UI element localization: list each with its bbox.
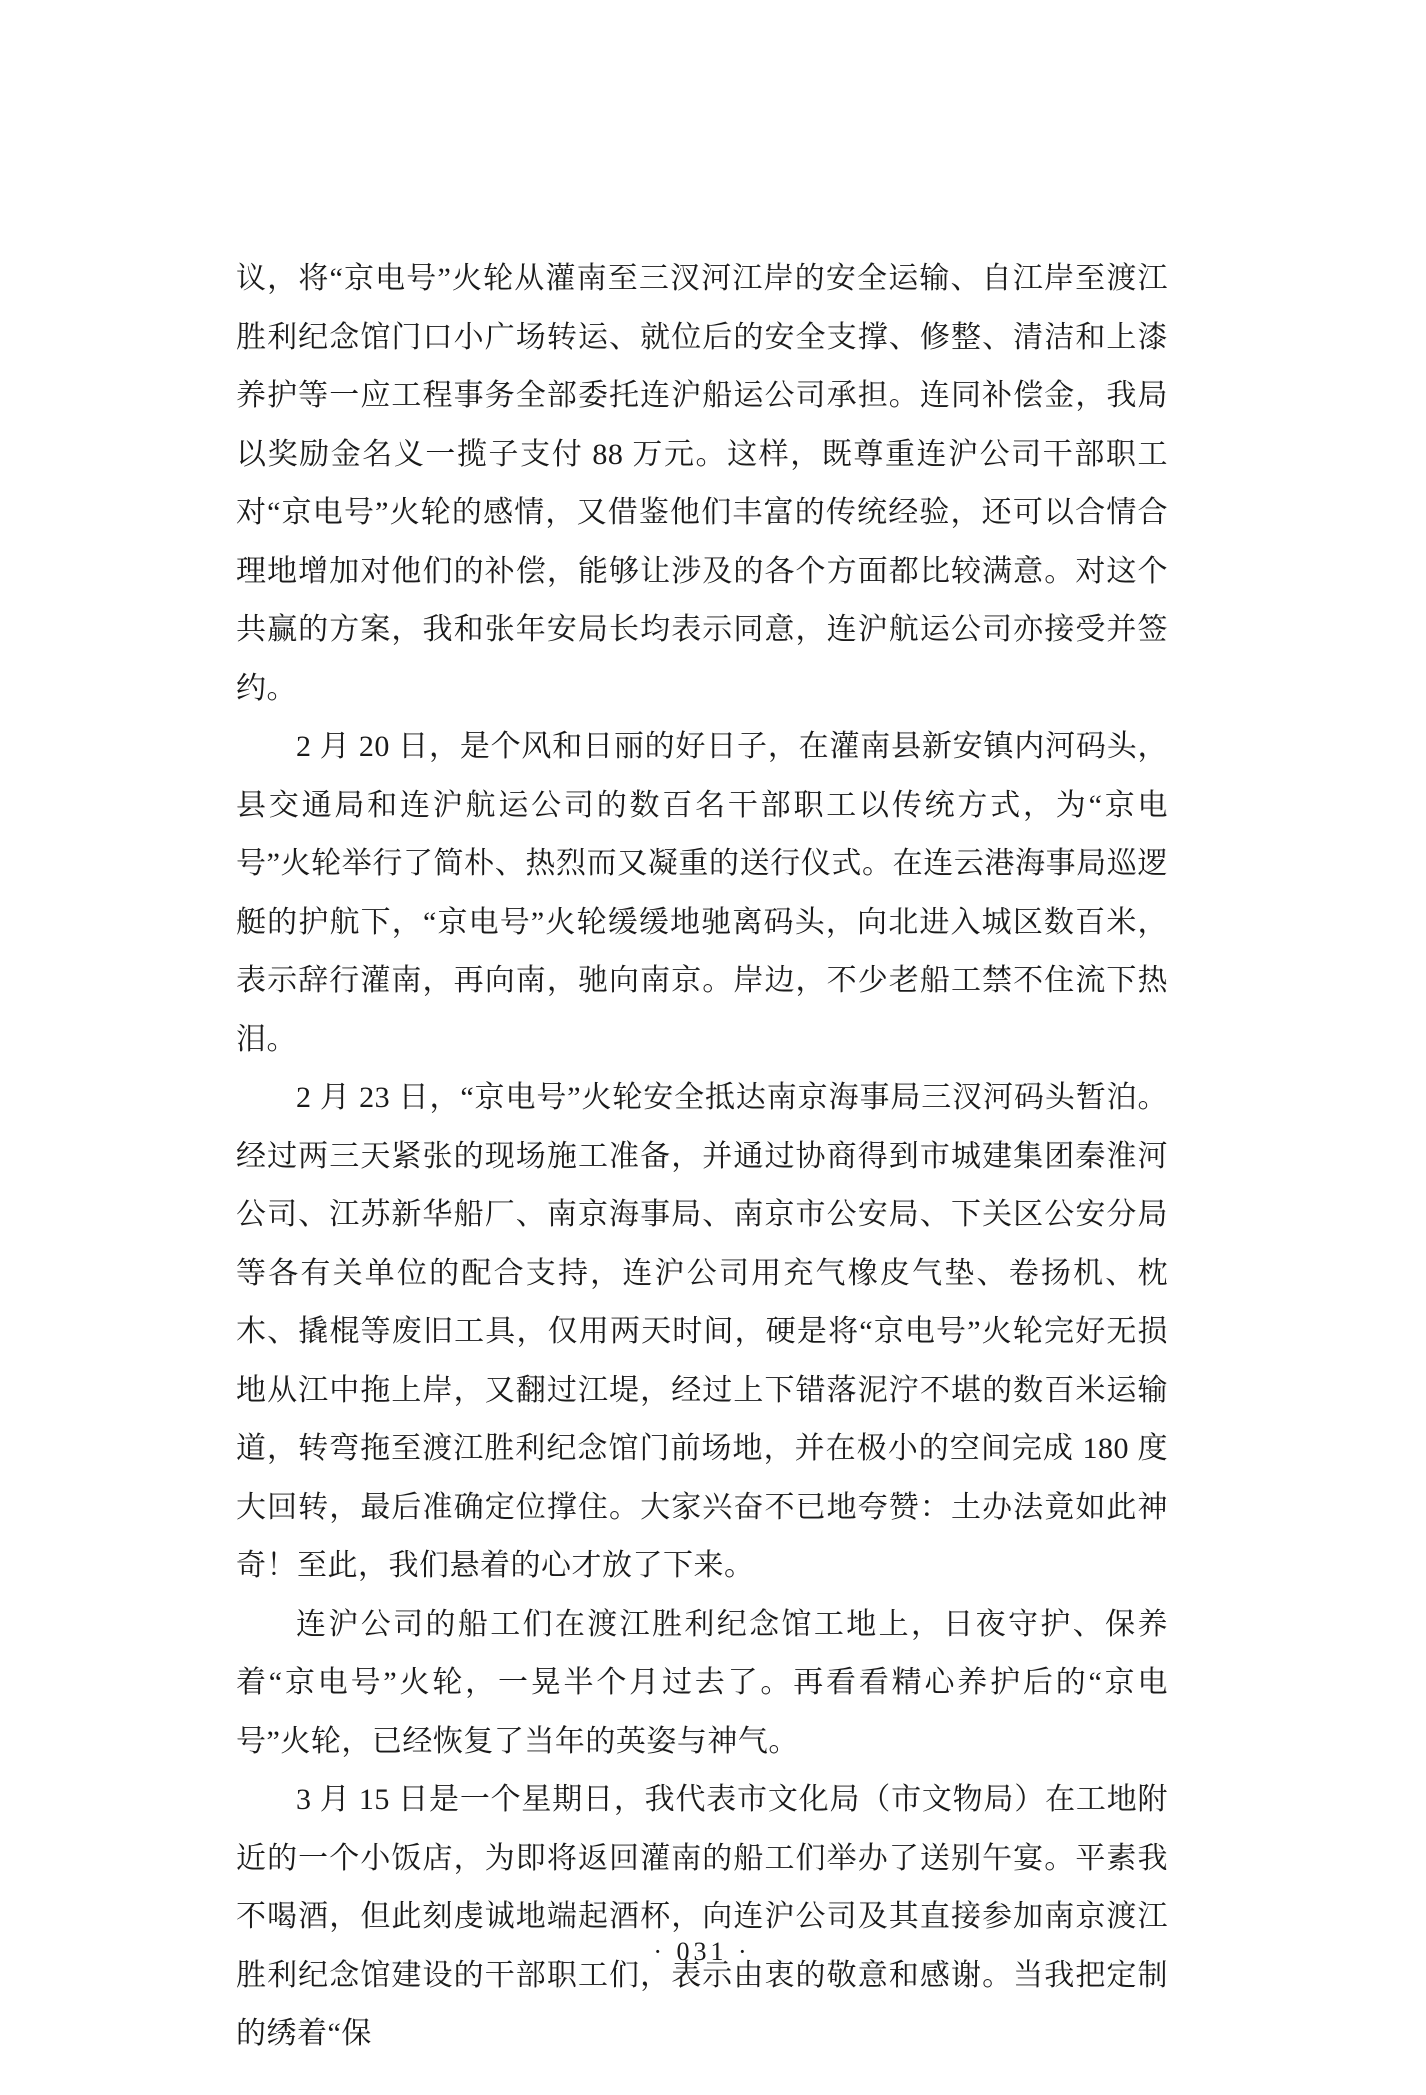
page-number: · 031 ·: [236, 1936, 1168, 1968]
body-paragraph: 2 月 20 日，是个风和日丽的好日子，在灌南县新安镇内河码头，县交通局和连沪航…: [236, 718, 1168, 1069]
body-paragraph: 议，将“京电号”火轮从灌南至三汊河江岸的安全运输、自江岸至渡江胜利纪念馆门口小广…: [236, 250, 1168, 718]
body-paragraph: 2 月 23 日，“京电号”火轮安全抵达南京海事局三汊河码头暂泊。经过两三天紧张…: [236, 1069, 1168, 1596]
body-paragraph: 连沪公司的船工们在渡江胜利纪念馆工地上，日夜守护、保养着“京电号”火轮，一晃半个…: [236, 1596, 1168, 1772]
book-page: 议，将“京电号”火轮从灌南至三汊河江岸的安全运输、自江岸至渡江胜利纪念馆门口小广…: [0, 0, 1426, 2095]
body-text: 议，将“京电号”火轮从灌南至三汊河江岸的安全运输、自江岸至渡江胜利纪念馆门口小广…: [236, 250, 1168, 2064]
body-paragraph: 3 月 15 日是一个星期日，我代表市文化局（市文物局）在工地附近的一个小饭店，…: [236, 1771, 1168, 2064]
